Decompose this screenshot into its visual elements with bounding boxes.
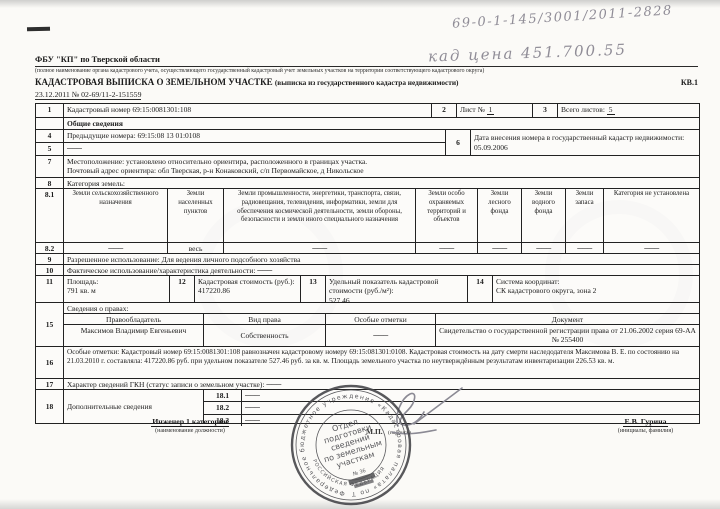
table-row: 7 Местоположение: установлено относитель…	[36, 156, 699, 178]
row-number: 8.1	[36, 189, 64, 242]
sheet-value: 1	[487, 105, 495, 115]
date-and-number: 23.12.2011 № 02-69/11-2-151559	[35, 90, 141, 100]
org-name: ФБУ "КП" по Тверской области	[35, 54, 698, 64]
sub-row-number: 18.2	[204, 402, 242, 413]
value-dash: ───	[64, 243, 168, 253]
total-sheets-label: Всего листов:	[561, 105, 607, 114]
value-dash: ───	[522, 243, 566, 253]
value-dash: ───	[566, 243, 604, 253]
value-dash: ───	[478, 243, 522, 253]
document-title-row: КАДАСТРОВАЯ ВЫПИСКА О ЗЕМЕЛЬНОМ УЧАСТКЕ …	[35, 77, 698, 87]
position-hint: (наименование должности)	[125, 428, 255, 434]
category-protected: Земли особо охраняемых территорий и объе…	[416, 189, 478, 242]
location-line2: Почтовый адрес ориентира: обл Тверская, …	[67, 166, 696, 175]
row-number: 4	[36, 130, 64, 142]
title-sub: (выписка из государственного кадастра не…	[275, 78, 459, 87]
row-number: 12	[170, 276, 195, 302]
signature-stroke	[414, 388, 462, 424]
row-number: 8.2	[36, 243, 64, 253]
value-whole: весь	[168, 243, 224, 253]
coordinate-system-label: Система координат:	[496, 277, 696, 286]
row-number: 8	[36, 178, 64, 188]
value-dash: ───	[604, 243, 699, 253]
rights-header-notes: Особые отметки	[326, 314, 436, 324]
row-number: 10	[36, 265, 64, 275]
scanned-document-page: 69-0-1-145/3001/2011-2828 кад цена 451.7…	[0, 0, 720, 509]
location-line1: Местоположение: установлено относительно…	[67, 157, 696, 166]
rights-header-document: Документ	[436, 314, 699, 324]
signer-name: Е.В. Гурина	[598, 417, 693, 426]
signer-name-text: Е.В. Гурина	[623, 417, 667, 427]
area-cell: Площадь: 791 кв. м	[64, 276, 170, 302]
row-number: 6	[446, 130, 471, 155]
specific-value-cell: Удельный показатель кадастровой стоимост…	[326, 276, 468, 302]
rights-header-type: Вид права	[204, 314, 326, 324]
signer-position: Инженер 1 категории	[125, 417, 255, 426]
form-code: КВ.1	[681, 78, 698, 87]
rights-document: Свидетельство о государственной регистра…	[436, 325, 699, 346]
category-forest: Земли лесного фонда	[478, 189, 522, 242]
row-number: 3	[533, 104, 558, 117]
gkn-status-label: Характер сведений ГКН (статус записи о з…	[67, 380, 264, 389]
row-number: 2	[432, 104, 457, 117]
previous-numbers-cell: Предыдущие номера: 69:15:08 13 01:0108	[64, 130, 445, 142]
table-row: 1 Кадастровый номер 69:15:0081301:108 2 …	[36, 104, 699, 118]
category-settlements: Земли населенных пунктов	[168, 189, 224, 242]
rights-owner: Максимов Владимир Евгеньевич	[64, 325, 204, 346]
row-number: 9	[36, 254, 64, 264]
category-reserve: Земли запаса	[566, 189, 604, 242]
sheet-cell: Лист № 1	[457, 104, 533, 117]
actual-use-label: Фактическое использование/характеристика…	[67, 266, 255, 275]
table-row: 15 Сведения о правах: Правообладатель Ви…	[36, 303, 699, 347]
sub-row-number: 18.1	[204, 390, 242, 401]
total-sheets-cell: Всего листов: 5	[558, 104, 699, 117]
section-general-info: Общие сведения	[64, 118, 699, 129]
table-row: Общие сведения	[36, 118, 699, 130]
previous-numbers-group: 4 Предыдущие номера: 69:15:08 13 01:0108…	[36, 130, 446, 155]
document-title: КАДАСТРОВАЯ ВЫПИСКА О ЗЕМЕЛЬНОМ УЧАСТКЕ …	[35, 77, 458, 87]
row-number: 17	[36, 379, 64, 389]
table-row: 8 Категория земель:	[36, 178, 699, 189]
rights-type: Собственность	[204, 325, 326, 346]
table-row: 10 Фактическое использование/характерист…	[36, 265, 699, 276]
date-entered-cell: Дата внесения номера в государственный к…	[471, 130, 699, 155]
rights-header-owner: Правообладатель	[64, 314, 204, 324]
sheet-label: Лист №	[460, 105, 487, 114]
row-number: 13	[301, 276, 326, 302]
area-value: 791 кв. м	[67, 286, 166, 295]
row-number: 7	[36, 156, 64, 177]
coordinate-system-value: СК кадастрового округа, зона 2	[496, 286, 696, 295]
round-stamp: Федеральное бюджетное учреждение «Кадаст…	[288, 382, 414, 508]
cadastral-value-amount: 417220.86	[198, 286, 297, 295]
row-number: 18	[36, 390, 64, 423]
permitted-use-cell: Разрешенное использование: Для ведения л…	[64, 254, 699, 264]
empty-value-dash: ───	[64, 143, 445, 155]
org-underline	[35, 66, 698, 67]
specific-value-amount: 527.46	[329, 296, 464, 302]
table-row: 8.1 Земли сельскохозяйственного назначен…	[36, 189, 699, 243]
area-label: Площадь:	[67, 277, 166, 286]
value-dash: ───	[224, 243, 416, 253]
land-category-cell: Категория земель:	[64, 178, 699, 188]
category-agriculture: Земли сельскохозяйственного назначения	[64, 189, 168, 242]
name-hint: (инициалы, фамилия)	[594, 428, 697, 434]
category-water: Земли водного фонда	[522, 189, 566, 242]
row-number-empty	[36, 118, 64, 129]
value-dash: ───	[257, 266, 271, 275]
table-subrow: Правообладатель Вид права Особые отметки…	[64, 314, 699, 325]
table-subrow: 5 ───	[36, 143, 445, 155]
scan-mark	[27, 27, 50, 31]
row-number: 1	[36, 104, 64, 117]
row-number: 16	[36, 347, 64, 378]
cadastral-number-cell: Кадастровый номер 69:15:0081301:108	[64, 104, 432, 117]
row-number: 15	[36, 303, 64, 346]
special-notes-cell: Особые отметки: Кадастровый номер 69:15:…	[64, 347, 699, 378]
title-main: КАДАСТРОВАЯ ВЫПИСКА О ЗЕМЕЛЬНОМ УЧАСТКЕ	[35, 77, 273, 87]
cadastral-value-label: Кадастровая стоимость (руб.):	[198, 277, 297, 286]
value-dash: ───	[266, 380, 280, 389]
row-number: 11	[36, 276, 64, 302]
specific-value-label: Удельный показатель кадастровой стоимост…	[329, 277, 464, 296]
org-caption: (полное наименование органа кадастрового…	[35, 68, 698, 74]
table-subrow: Сведения о правах:	[64, 303, 699, 314]
rights-section-title: Сведения о правах:	[64, 303, 699, 313]
actual-use-cell: Фактическое использование/характеристика…	[64, 265, 699, 275]
table-subrow: 4 Предыдущие номера: 69:15:08 13 01:0108	[36, 130, 445, 143]
table-row: 16 Особые отметки: Кадастровый номер 69:…	[36, 347, 699, 379]
category-industry: Земли промышленности, энергетики, трансп…	[224, 189, 416, 242]
category-not-set: Категория не установлена	[604, 189, 699, 242]
location-cell: Местоположение: установлено относительно…	[64, 156, 699, 177]
signer-position-text: Инженер 1 категории	[151, 417, 229, 427]
row-number: 5	[36, 143, 64, 155]
cadastral-value-cell: Кадастровая стоимость (руб.): 417220.86	[195, 276, 301, 302]
table-subrow: Максимов Владимир Евгеньевич Собственнос…	[64, 325, 699, 346]
table-row: 11 Площадь: 791 кв. м 12 Кадастровая сто…	[36, 276, 699, 303]
cadastral-table: 1 Кадастровый номер 69:15:0081301:108 2 …	[35, 103, 700, 424]
table-row: 9 Разрешенное использование: Для ведения…	[36, 254, 699, 265]
rights-block: Сведения о правах: Правообладатель Вид п…	[64, 303, 699, 346]
row-number: 14	[468, 276, 493, 302]
table-row: 4 Предыдущие номера: 69:15:08 13 01:0108…	[36, 130, 699, 156]
coordinate-system-cell: Система координат: СК кадастрового округ…	[493, 276, 699, 302]
value-dash: ───	[326, 325, 436, 346]
total-sheets-value: 5	[607, 105, 615, 115]
value-dash: ───	[416, 243, 478, 253]
table-row: 8.2 ─── весь ─── ─── ─── ─── ─── ───	[36, 243, 699, 254]
